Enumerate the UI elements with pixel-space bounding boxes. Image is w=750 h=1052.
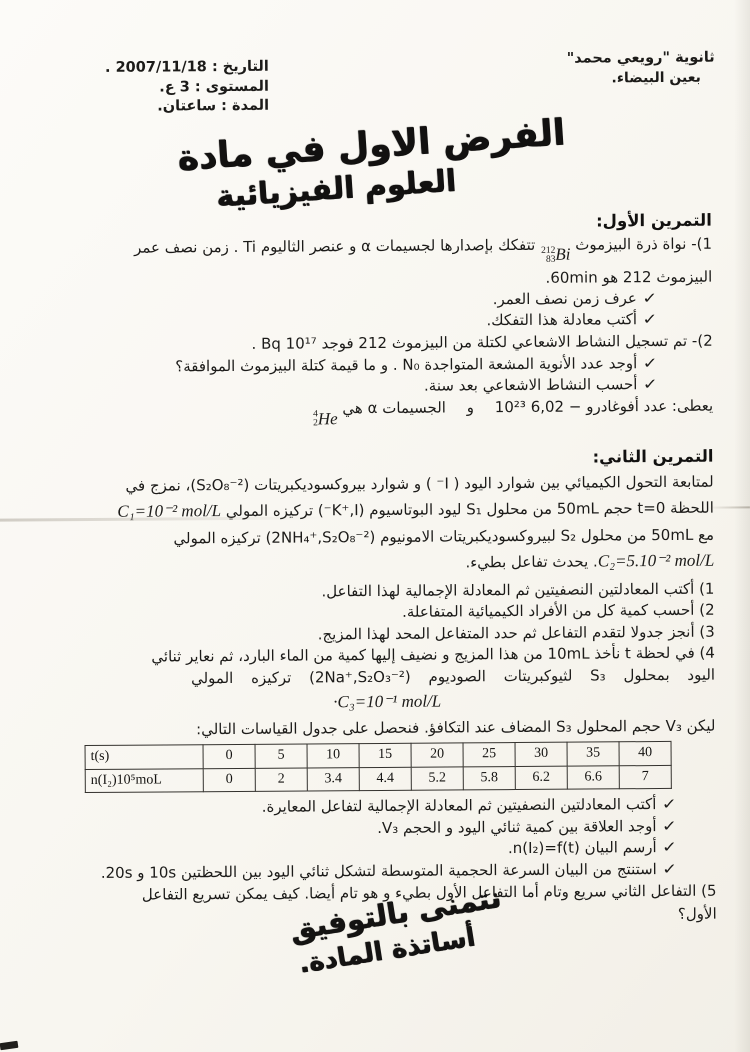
element-symbol: He — [318, 408, 338, 431]
checkmark-icon: ✓ — [662, 794, 677, 816]
scanned-exam-page: ثانوية "رويعي محمد" بعين البيضاء. التاري… — [0, 0, 750, 1052]
exam-date: التاريخ : 2007/11/18 . — [63, 58, 269, 79]
table-cell: 7 — [619, 765, 671, 789]
table-cell: 2 — [255, 767, 307, 791]
task-text: أكتب المعادلتين النصفيتين ثم المعادلة ال… — [262, 795, 657, 816]
task-text: أحسب النشاط الاشعاعي بعد سنة. — [424, 375, 638, 394]
equivalence-volume-line: ليكن V₃ حجم المحلول S₃ المضاف عند التكاف… — [59, 714, 715, 743]
checkmark-icon: ✓ — [662, 837, 677, 859]
alpha-particles-text: الجسيمات α هي — [342, 398, 446, 417]
nuclide-numbers: 21283 — [541, 246, 555, 264]
task-text: استنتج من البيان السرعة الحجمية المتوسطة… — [101, 860, 657, 882]
c3-concentration-formula: ·C₃=10⁻¹ mol/L — [333, 692, 441, 712]
exercise-1-question-1: 1)- نواة ذرة البيزموث 21283Bi تتفكك بإصد… — [56, 232, 712, 270]
table-cell: 0 — [203, 744, 255, 768]
avogadro-value: عدد أفوغادرو − 6,02 10²³ — [495, 397, 667, 416]
task-text: عرف زمن نصف العمر. — [493, 289, 637, 308]
checkmark-icon: ✓ — [643, 353, 658, 374]
table-row-iodine-amount: n(I₂)10⁵moL 0 2 3.4 4.4 5.2 5.8 6.2 6.6 … — [85, 765, 671, 793]
q1-text-before-nuclide: 1)- نواة ذرة البيزموث — [575, 234, 712, 253]
checkmark-icon: ✓ — [662, 815, 677, 837]
task-text: أرسم البيان n(I₂)=f(t). — [508, 838, 657, 857]
table-cell: 3.4 — [307, 767, 359, 791]
school-name: ثانوية "رويعي محمد" — [545, 48, 715, 69]
c2-concentration-formula: C₂=5.10⁻² mol/L — [598, 551, 715, 571]
intro-line-2: اللحظة t=0 حجم 50mL من محلول S₁ ليود الب… — [58, 495, 714, 526]
exam-meta-block: التاريخ : 2007/11/18 . المستوى : 3 ع. ال… — [63, 58, 269, 118]
table-cell: 4.4 — [359, 767, 411, 791]
table-cell: 0 — [203, 768, 255, 792]
table-cell: 5 — [255, 744, 307, 768]
given-data-line: يعطى: عدد أفوغادرو − 6,02 10²³ و الجسيما… — [57, 394, 713, 432]
table-cell: 40 — [619, 741, 671, 765]
table-cell: 35 — [567, 742, 619, 766]
question-list: 1) أكتب المعادلتين النصفيتين ثم المعادلة… — [58, 578, 715, 690]
table-cell: 20 — [411, 743, 463, 767]
exam-duration: المدة : ساعتان. — [63, 97, 269, 118]
exam-level: المستوى : 3 ع. — [63, 77, 269, 98]
school-city: بعين البيضاء. — [545, 68, 701, 89]
table-cell: 30 — [515, 742, 567, 766]
table-cell: 5.2 — [411, 766, 463, 790]
school-block: ثانوية "رويعي محمد" بعين البيضاء. — [545, 48, 715, 89]
task-text: أوجد عدد الأنوية المشعة المتواجدة N₀ . و… — [175, 354, 637, 375]
atomic-number: 83 — [541, 255, 555, 264]
checkmark-icon: ✓ — [643, 374, 658, 395]
checkmark-icon: ✓ — [643, 288, 658, 309]
question-4-line-2: اليود بمحلول S₃ لثيوكبريتات الصوديوم (2N… — [59, 664, 715, 690]
checkmark-icon: ✓ — [662, 858, 677, 880]
exercise-1: التمرين الأول: 1)- نواة ذرة البيزموث 212… — [56, 210, 714, 433]
checkmark-icon: ✓ — [643, 309, 658, 330]
table-cell: 5.8 — [463, 766, 515, 790]
measurements-table: t(s) 0 5 10 15 20 25 30 35 40 n(I₂ — [85, 741, 672, 793]
paper-crease-right — [708, 506, 750, 508]
table-cell: 6.2 — [515, 766, 567, 790]
document-body: التمرين الأول: 1)- نواة ذرة البيزموث 212… — [56, 210, 717, 930]
bismuth-212-nuclide: 21283Bi — [540, 244, 571, 267]
page-content: ثانوية "رويعي محمد" بعين البيضاء. التاري… — [0, 0, 750, 1052]
conjunction: و — [467, 398, 474, 416]
table-cell: 10 — [307, 744, 359, 768]
table-cell: 25 — [463, 743, 515, 767]
time-header-cell: t(s) — [85, 745, 203, 769]
task-text: أوجد العلاقة بين كمية ثنائي اليود و الحج… — [377, 817, 656, 837]
element-symbol: Bi — [555, 244, 570, 267]
table-cell: 6.6 — [567, 765, 619, 789]
task-text: أكتب معادلة هذا التفكك. — [486, 310, 637, 329]
given-label: يعطى: — [672, 396, 713, 414]
intro-line-4-text: . يحدث تفاعل بطيء. — [465, 552, 597, 571]
iodine-header-cell: n(I₂)10⁵moL — [85, 768, 203, 792]
table-cell: 15 — [359, 743, 411, 767]
intro-line-4: C₂=5.10⁻² mol/L. يحدث تفاعل بطيء. — [58, 548, 714, 579]
helium-4-nuclide: 42He — [312, 408, 338, 431]
q1-text-after-nuclide: تتفكك بإصدارها لجسيمات α و عنصر الثاليوم… — [134, 235, 535, 256]
